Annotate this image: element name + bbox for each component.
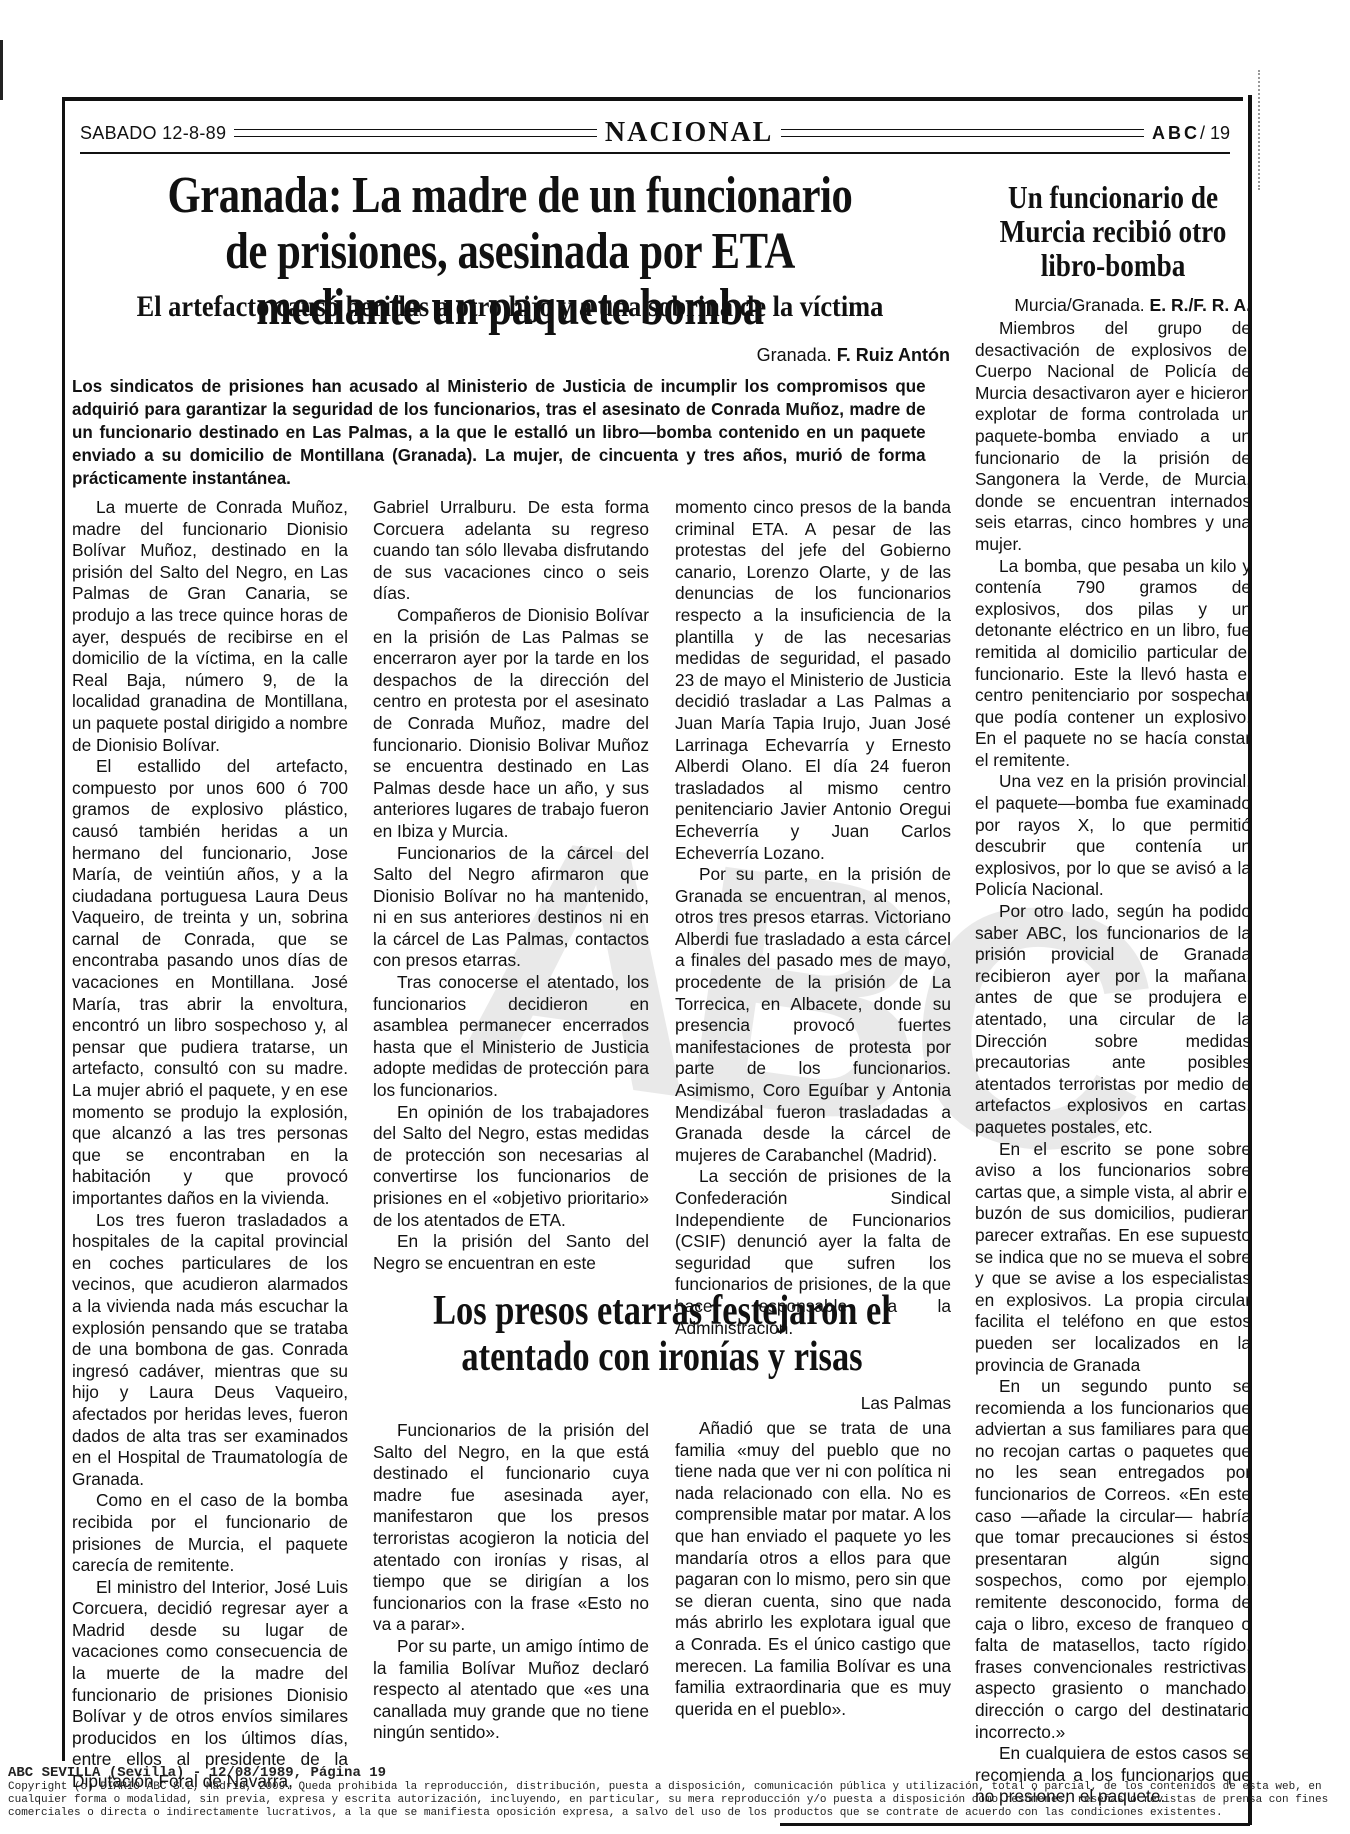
paragraph: En opinión de los trabajadores del Salto…	[373, 1102, 649, 1232]
main-dateline: Granada.	[757, 345, 832, 365]
page-number: ABC/ 19	[1152, 123, 1230, 144]
folio-underline	[80, 152, 1230, 154]
side-headline: Un funcionario de Murcia recibió otro li…	[996, 180, 1231, 282]
paragraph: El ministro del Interior, José Luis Corc…	[72, 1577, 348, 1793]
side-column: Miembros del grupo de desactivación de e…	[975, 318, 1251, 1808]
paragraph: La bomba, que pesaba un kilo y contenía …	[975, 556, 1251, 772]
side-byline: Murcia/Granada. E. R./F. R. A.	[975, 295, 1251, 316]
paragraph: En la prisión del Santo del Negro se enc…	[373, 1231, 649, 1274]
copyright-notice: Copyright (c) DIARIO ABC S.L, Madrid, 20…	[8, 1781, 1338, 1820]
second-column-1: Funcionarios de la prisión del Salto del…	[373, 1420, 649, 1744]
paragraph: Una vez en la prisión provincial, el paq…	[975, 771, 1251, 901]
paragraph: Por su parte, en la prisión de Granada s…	[675, 864, 951, 1166]
paper-name: ABC	[1152, 123, 1200, 143]
paragraph: En un segundo punto se recomienda a los …	[975, 1376, 1251, 1743]
paragraph: Por su parte, un amigo íntimo de la fami…	[373, 1636, 649, 1744]
second-column-2: Añadió que se trata de una familia «muy …	[675, 1418, 951, 1720]
main-byline: Granada. F. Ruiz Antón	[600, 345, 950, 366]
issue-date: SABADO 12-8-89	[80, 123, 226, 144]
paragraph: Funcionarios de la cárcel del Salto del …	[373, 843, 649, 973]
scan-edge-mark	[0, 40, 3, 100]
archive-footer: ABC SEVILLA (Sevilla) - 12/08/1989, Pági…	[8, 1765, 1338, 1820]
paragraph: El estallido del artefacto, compuesto po…	[72, 756, 348, 1209]
side-dateline: Murcia/Granada.	[1014, 295, 1144, 315]
paragraph: La muerte de Conrada Muñoz, madre del fu…	[72, 497, 348, 756]
paragraph: En el escrito se pone sobre aviso a los …	[975, 1139, 1251, 1377]
paragraph: Compañeros de Dionisio Bolívar en la pri…	[373, 605, 649, 843]
side-author: E. R./F. R. A.	[1150, 295, 1251, 315]
main-author: F. Ruiz Antón	[837, 345, 950, 365]
paragraph: Funcionarios de la prisión del Salto del…	[373, 1420, 649, 1636]
main-lead: Los sindicatos de prisiones han acusado …	[72, 375, 926, 490]
paragraph: Gabriel Urralburu. De esta forma Corcuer…	[373, 497, 649, 605]
main-subheadline: El artefacto causó heridas a otro hijo y…	[123, 290, 897, 324]
main-column-3: momento cinco presos de la banda crimina…	[675, 497, 951, 1339]
paragraph: Como en el caso de la bomba recibida por…	[72, 1490, 348, 1576]
page-border-bottom	[780, 1823, 1250, 1826]
main-column-2: Gabriel Urralburu. De esta forma Corcuer…	[373, 497, 649, 1274]
folio-rule-left	[234, 129, 597, 137]
margin-dots	[1258, 70, 1262, 190]
main-column-1: La muerte de Conrada Muñoz, madre del fu…	[72, 497, 348, 1793]
paragraph: Miembros del grupo de desactivación de e…	[975, 318, 1251, 556]
archive-source: ABC SEVILLA (Sevilla) - 12/08/1989, Pági…	[8, 1765, 1338, 1781]
paragraph: momento cinco presos de la banda crimina…	[675, 497, 951, 864]
page-num-value: / 19	[1200, 123, 1230, 143]
paragraph: Tras conocerse el atentado, los funciona…	[373, 972, 649, 1102]
paragraph: Añadió que se trata de una familia «muy …	[675, 1418, 951, 1720]
second-dateline: Las Palmas	[675, 1393, 951, 1414]
paragraph: Los tres fueron trasladados a hospitales…	[72, 1210, 348, 1491]
paragraph: Por otro lado, según ha podido saber ABC…	[975, 901, 1251, 1139]
folio-rule-right	[781, 129, 1144, 137]
section-name: NACIONAL	[605, 117, 773, 149]
folio-bar: SABADO 12-8-89 NACIONAL ABC/ 19	[80, 118, 1230, 148]
second-headline: Los presos etarras festejaron el atentad…	[425, 1288, 899, 1380]
